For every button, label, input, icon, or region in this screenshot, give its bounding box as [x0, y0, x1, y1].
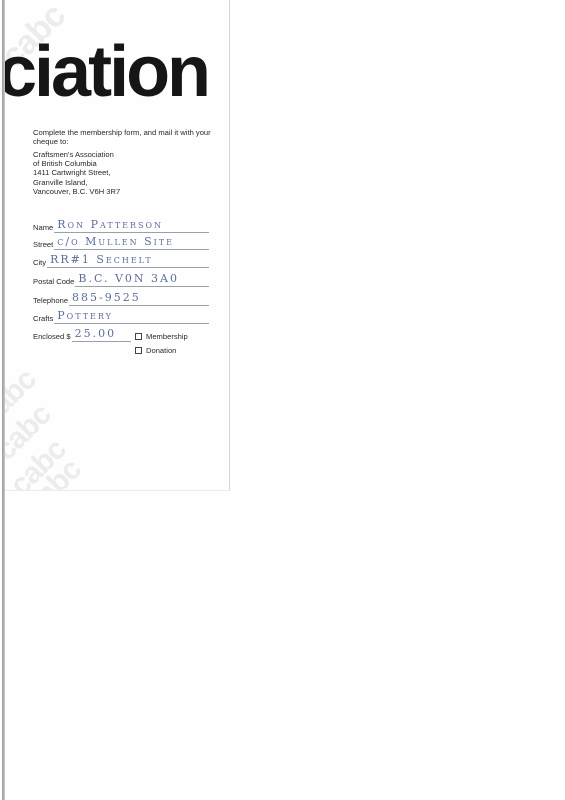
crafts-field[interactable]: Crafts Pottery	[33, 310, 209, 324]
donation-label: Donation	[146, 346, 176, 355]
page-title: ciation	[5, 36, 208, 108]
postal-code-value: B.C. V0N 3A0	[78, 272, 179, 285]
address-line: Craftsmen's Association	[33, 150, 223, 159]
name-value: Ron Patterson	[57, 218, 163, 231]
enclosed-label: Enclosed $	[33, 332, 71, 342]
checkbox-icon[interactable]	[135, 333, 142, 340]
crafts-value: Pottery	[57, 309, 113, 322]
street-value: c/o Mullen Site	[57, 235, 174, 248]
address-line: of British Columbia	[33, 159, 223, 168]
checkbox-icon[interactable]	[135, 347, 142, 354]
address-line: Vancouver, B.C. V6H 3R7	[33, 187, 223, 196]
telephone-field[interactable]: Telephone 885-9525	[33, 292, 209, 306]
membership-form-card: cabc cabc cabc cabc cabc ciation Complet…	[5, 0, 230, 491]
city-label: City	[33, 258, 46, 268]
city-field[interactable]: City RR#1 Sechelt	[33, 254, 209, 268]
instructions: Complete the membership form, and mail i…	[33, 128, 229, 146]
postal-code-label: Postal Code	[33, 277, 74, 287]
street-label: Street	[33, 240, 53, 250]
crafts-label: Crafts	[33, 314, 53, 324]
donation-checkbox[interactable]: Donation	[135, 346, 176, 355]
name-field[interactable]: Name Ron Patterson	[33, 219, 209, 233]
postal-code-field[interactable]: Postal Code B.C. V0N 3A0	[33, 273, 209, 287]
mailing-address: Craftsmen's Association of British Colum…	[33, 150, 223, 196]
name-label: Name	[33, 223, 53, 233]
street-field[interactable]: Street c/o Mullen Site	[33, 236, 209, 250]
enclosed-value: 25.00	[75, 327, 117, 340]
membership-label: Membership	[146, 332, 188, 341]
address-line: 1411 Cartwright Street,	[33, 168, 223, 177]
membership-checkbox[interactable]: Membership	[135, 332, 188, 341]
address-line: Granville Island,	[33, 178, 223, 187]
city-value: RR#1 Sechelt	[50, 253, 153, 266]
telephone-label: Telephone	[33, 296, 68, 306]
telephone-value: 885-9525	[72, 291, 141, 304]
enclosed-amount-field[interactable]: Enclosed $ 25.00	[33, 328, 131, 342]
